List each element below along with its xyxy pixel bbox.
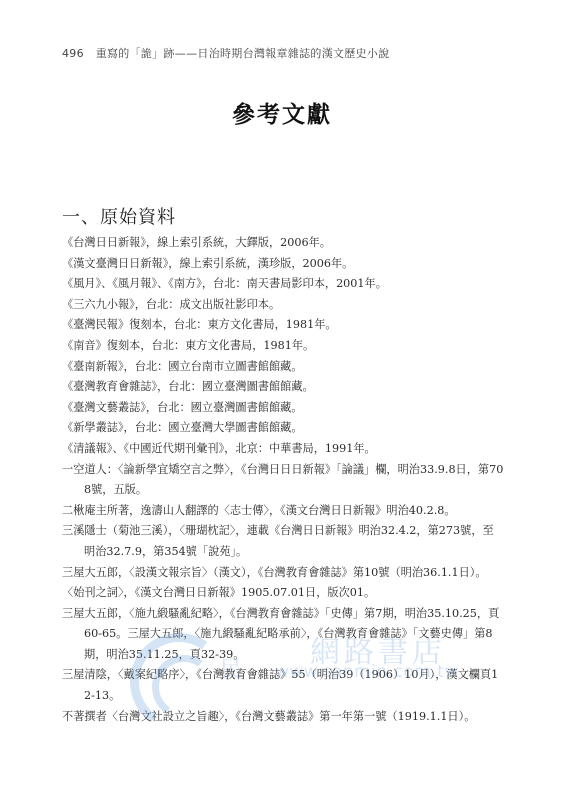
reference-item: 《漢文臺灣日日新報》，線上索引系統，漢珍版，2006年。 <box>62 254 504 275</box>
reference-item: 《風月》、《風月報》、《南方》，台北：南天書局影印本，2001年。 <box>62 274 504 295</box>
reference-item: 〈始刊之詞〉，《漢文台灣日日新報》1905.07.01日，版次01。 <box>62 583 504 604</box>
chapter-title: 參考文獻 <box>0 96 564 129</box>
book-title: 重寫的「詭」跡——日治時期台灣報章雜誌的漢文歷史小說 <box>96 47 390 60</box>
reference-item: 三屋大五郎，〈設漢文報宗旨〉（漢文），《台灣教育會雜誌》第10號（明治36.1.… <box>62 563 504 584</box>
reference-item: 《南音》復刻本，台北：東方文化書局，1981年。 <box>62 336 504 357</box>
reference-item: 三屋大五郎，〈施九緞騷亂紀略〉，《台灣教育會雜誌》「史傳」第7期，明治35.10… <box>62 604 504 666</box>
page-number: 496 <box>62 47 84 60</box>
section-heading: 一、原始資料 <box>62 203 176 229</box>
reference-item: 《三六九小報》，台北：成文出版社影印本。 <box>62 295 504 316</box>
reference-item: 《臺灣教育會雜誌》，台北：國立臺灣圖書館館藏。 <box>62 377 504 398</box>
reference-item: 三屋清陰，〈戴案紀略序〉，《台灣教育會雜誌》55（明治39（1906）10月），… <box>62 665 504 706</box>
reference-item: 《清議報》、《中國近代期刊彙刊》，北京：中華書局，1991年。 <box>62 439 504 460</box>
reference-item: 一空道人：〈論新學宜矯空言之弊〉，《台灣日日日新報》「論議」欄，明治33.9.8… <box>62 460 504 501</box>
reference-list: 《台灣日日新報》，線上索引系統，大鐸版，2006年。 《漢文臺灣日日新報》，線上… <box>62 233 504 727</box>
reference-item: 《臺南新報》，台北：國立台南市立圖書館館藏。 <box>62 357 504 378</box>
reference-item: 《台灣日日新報》，線上索引系統，大鐸版，2006年。 <box>62 233 504 254</box>
reference-item: 《新學叢誌》，台北：國立臺灣大學圖書館館藏。 <box>62 418 504 439</box>
running-head: 496 重寫的「詭」跡——日治時期台灣報章雜誌的漢文歷史小說 <box>62 45 390 61</box>
reference-item: 二楸庵主所著，逸濤山人翻譯的〈志士傳〉，《漢文台灣日日新報》明治40.2.8。 <box>62 501 504 522</box>
reference-item: 三溪隱士（菊池三溪），〈珊瑚枕記〉，連載《台灣日日新報》明治32.4.2，第27… <box>62 521 504 562</box>
reference-item: 《臺灣文藝叢誌》，台北：國立臺灣圖書館館藏。 <box>62 398 504 419</box>
reference-item: 不著撰者〈台灣文社設立之旨趣〉，《台灣文藝叢誌》第一年第一號（1919.1.1日… <box>62 707 504 728</box>
reference-item: 《臺灣民報》復刻本，台北：東方文化書局，1981年。 <box>62 315 504 336</box>
